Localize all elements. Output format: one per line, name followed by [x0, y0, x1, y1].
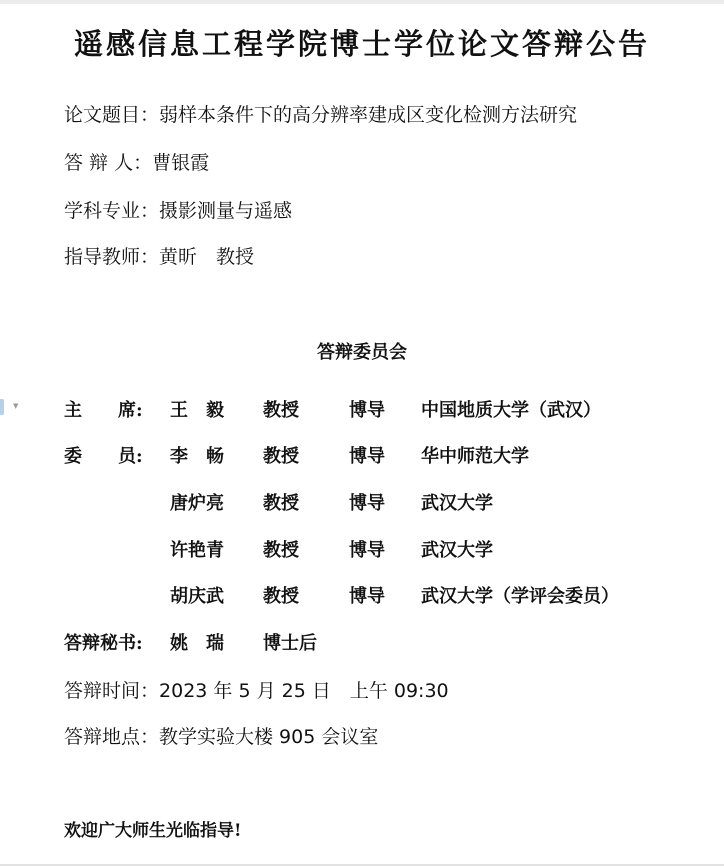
major-label: 学科专业： — [64, 200, 159, 222]
member-name: 唐炉亮 — [170, 489, 224, 515]
thesis-label: 论文题目： — [64, 104, 159, 126]
member-title: 教授 — [263, 489, 299, 515]
closing-text: 欢迎广大师生光临指导! — [64, 816, 241, 841]
member-affiliation: 华中师范大学 — [421, 442, 529, 468]
place-label: 答辩地点： — [64, 726, 159, 748]
major-line: 学科专业：摄影测量与遥感 — [64, 196, 292, 223]
major-value: 摄影测量与遥感 — [159, 200, 292, 222]
advisor-line: 指导教师：黄昕 教授 — [64, 242, 254, 269]
place-line: 答辩地点：教学实验大楼 905 会议室 — [64, 722, 378, 749]
time-label: 答辩时间： — [64, 680, 159, 702]
place-value: 教学实验大楼 905 会议室 — [159, 726, 378, 748]
member-label: 委 员: — [64, 442, 143, 468]
advisor-label: 指导教师： — [64, 246, 159, 268]
member-name: 许艳青 — [170, 536, 224, 562]
defender-value: 曹银霞 — [152, 152, 209, 174]
time-line: 答辩时间：2023 年 5 月 25 日 上午 09:30 — [64, 676, 449, 703]
secretary-name: 姚 瑞 — [170, 629, 224, 655]
advisor-value: 黄昕 教授 — [159, 246, 254, 268]
thesis-line: 论文题目：弱样本条件下的高分辨率建成区变化检测方法研究 — [64, 100, 577, 127]
member-affiliation: 武汉大学 — [421, 536, 493, 562]
member-name: 胡庆武 — [170, 582, 224, 608]
member-affiliation: 武汉大学 — [421, 489, 493, 515]
thesis-value: 弱样本条件下的高分辨率建成区变化检测方法研究 — [159, 104, 577, 126]
time-value: 2023 年 5 月 25 日 上午 09:30 — [159, 680, 449, 702]
member-role: 博导 — [349, 582, 385, 608]
member-role: 博导 — [349, 489, 385, 515]
side-panel-tab[interactable] — [0, 399, 4, 415]
page-top-edge — [0, 0, 724, 4]
secretary-title: 博士后 — [263, 629, 317, 655]
member-role: 博导 — [349, 442, 385, 468]
member-affiliation: 中国地质大学（武汉） — [421, 396, 601, 422]
member-affiliation: 武汉大学（学评会委员） — [421, 582, 619, 608]
member-role: 博导 — [349, 536, 385, 562]
secretary-label: 答辩秘书: — [64, 629, 143, 655]
document-title: 遥感信息工程学院博士学位论文答辩公告 — [0, 22, 724, 63]
member-title: 教授 — [263, 582, 299, 608]
member-name: 李 畅 — [170, 442, 224, 468]
committee-heading: 答辩委员会 — [0, 338, 724, 364]
member-name: 王 毅 — [170, 396, 224, 422]
member-title: 教授 — [263, 536, 299, 562]
member-title: 教授 — [263, 396, 299, 422]
caret-down-icon[interactable]: ▼ — [13, 403, 18, 410]
member-role: 博导 — [349, 396, 385, 422]
defender-line: 答 辩 人：曹银霞 — [64, 148, 209, 175]
chair-label: 主 席: — [64, 396, 143, 422]
member-title: 教授 — [263, 442, 299, 468]
defender-label: 答 辩 人： — [64, 152, 152, 174]
